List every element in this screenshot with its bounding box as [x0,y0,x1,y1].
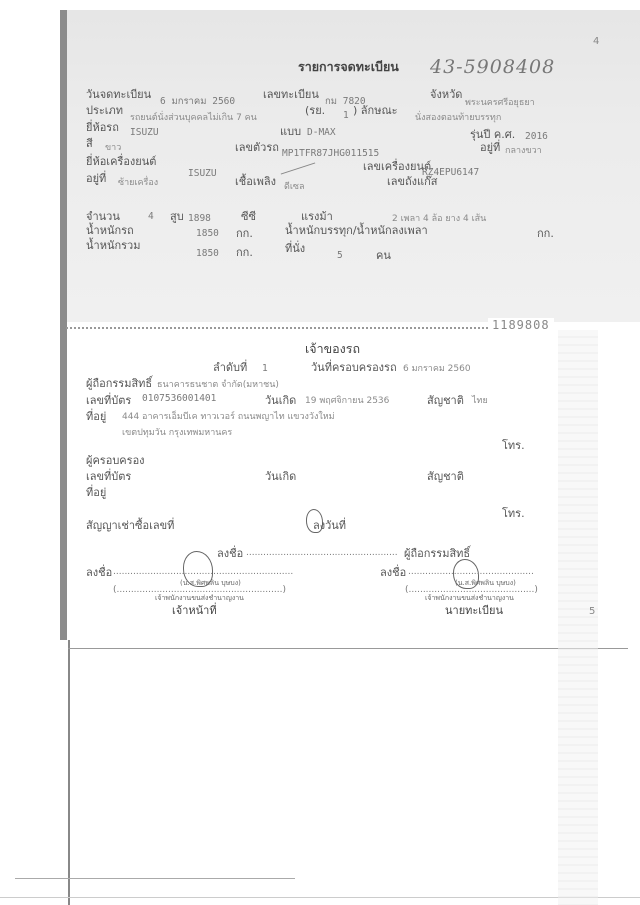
engine-location-value: ซ้ายเครื่อง [118,175,158,189]
owner-title: เจ้าของรถ [305,339,360,359]
address-line-1: 444 อาคารเอ็มบีเค ทาวเวอร์ ถนนพญาไท แขวง… [122,409,335,423]
gross-weight-unit: กก. [236,243,253,261]
holder-sign-label: ลงชื่อ [217,544,243,562]
style-value: นั่งสองตอนท้ายบรรทุก [415,110,501,124]
fuel-label: เชื้อเพลิง [235,172,276,190]
page-edge-line [68,640,70,905]
type-code-label: (รย. [305,101,325,119]
registrar-sign-label: ลงชื่อ [380,563,406,581]
load-label: น้ำหนักบรรทุก/น้ำหนักลงเพลา [285,221,428,239]
possession-date-label: วันที่ครอบครองรถ [311,358,397,376]
engine-location-label: อยู่ที่ [86,169,106,187]
nationality-label: สัญชาติ [427,391,464,409]
nationality-value: ไทย [472,393,488,407]
chassis-location-label: อยู่ที่ [480,138,500,156]
load-unit: กก. [537,224,554,242]
phone-label: โทร. [502,436,525,454]
type-value: รถยนต์นั่งส่วนบุคคลไม่เกิน 7 คน [130,110,257,124]
possession-date-value: 6 มกราคม 2560 [403,361,471,375]
model-value: D-MAX [307,127,336,138]
holder-sign-line: ........................................… [246,548,398,558]
gas-tank-label: เลขถังแก๊ส [387,172,438,190]
weight-value: 1850 [196,228,219,239]
address-label: ที่อยู่ [86,407,106,425]
registration-title: รายการจดทะเบียน [298,57,399,77]
holder-value: ธนาคารธนชาต จำกัด(มหาชน) [157,377,279,391]
cylinder-unit-label: สูบ [170,207,184,225]
birth-value: 19 พฤศจิกายน 2536 [305,393,389,407]
cc-label: ซีซี [241,207,256,225]
seats-label: ที่นั่ง [285,239,305,257]
type-code-value: 1 [343,110,349,121]
fuel-value: ดีเซล [284,179,305,193]
page-divider-line [68,648,628,649]
address-line-2: เขตปทุมวัน กรุงเทพมหานคร [122,425,232,439]
scan-margin-strip [558,330,598,905]
possessor-nationality-label: สัญชาติ [427,467,464,485]
engine-brand-value: ISUZU [188,168,217,179]
page-divider-line [15,878,295,879]
page-bottom-line [0,897,640,898]
gross-weight-value: 1850 [196,248,219,259]
province-label: จังหวัด [430,85,462,103]
binding-edge [60,10,67,640]
officer-role: เจ้าหน้าที่ [172,601,217,619]
lease-label: สัญญาเช่าซื้อเลขที่ [86,516,174,534]
chassis-label: เลขตัวรถ [235,138,279,156]
gross-weight-label: น้ำหนักรวม [86,236,140,254]
cylinders-value: 4 [148,211,154,222]
brand-value: ISUZU [130,127,159,138]
type-label: ประเภท [86,101,123,119]
possessor-birth-label: วันเกิด [265,467,296,485]
color-label: สี [86,134,93,152]
possessor-address-label: ที่อยู่ [86,483,106,501]
officer-sign-label: ลงชื่อ [86,563,112,581]
chassis-location-value: กลางขวา [505,143,542,157]
model-label: แบบ [280,122,301,140]
possessor-phone-label: โทร. [502,504,525,522]
year-value: 2016 [525,131,548,142]
province-value: พระนครศรีอยุธยา [465,95,535,109]
seats-unit: คน [376,246,391,264]
cc-value: 1898 [188,213,211,224]
page-number-top: 4 [593,36,599,47]
birth-label: วันเกิด [265,391,296,409]
order-label: ลำดับที่ [213,358,247,376]
id-value: 0107536001401 [142,393,216,404]
lease-date-label: ลงวันที่ [313,516,346,534]
registrar-role: นายทะเบียน [445,601,503,619]
holder-label: ผู้ถือกรรมสิทธิ์ [86,374,152,392]
serial-number: 1189808 [488,318,554,332]
weight-unit: กก. [236,224,253,242]
page-number-bottom: 5 [589,606,595,617]
engine-brand-label: ยี่ห้อเครื่องยนต์ [86,152,156,170]
handwritten-number: 43-5908408 [430,56,555,78]
perforation-line [66,327,536,329]
reg-date-value: 6 มกราคม 2560 [160,94,235,109]
order-value: 1 [262,363,268,374]
style-label: ) ลักษณะ [353,101,398,119]
seats-value: 5 [337,250,343,261]
